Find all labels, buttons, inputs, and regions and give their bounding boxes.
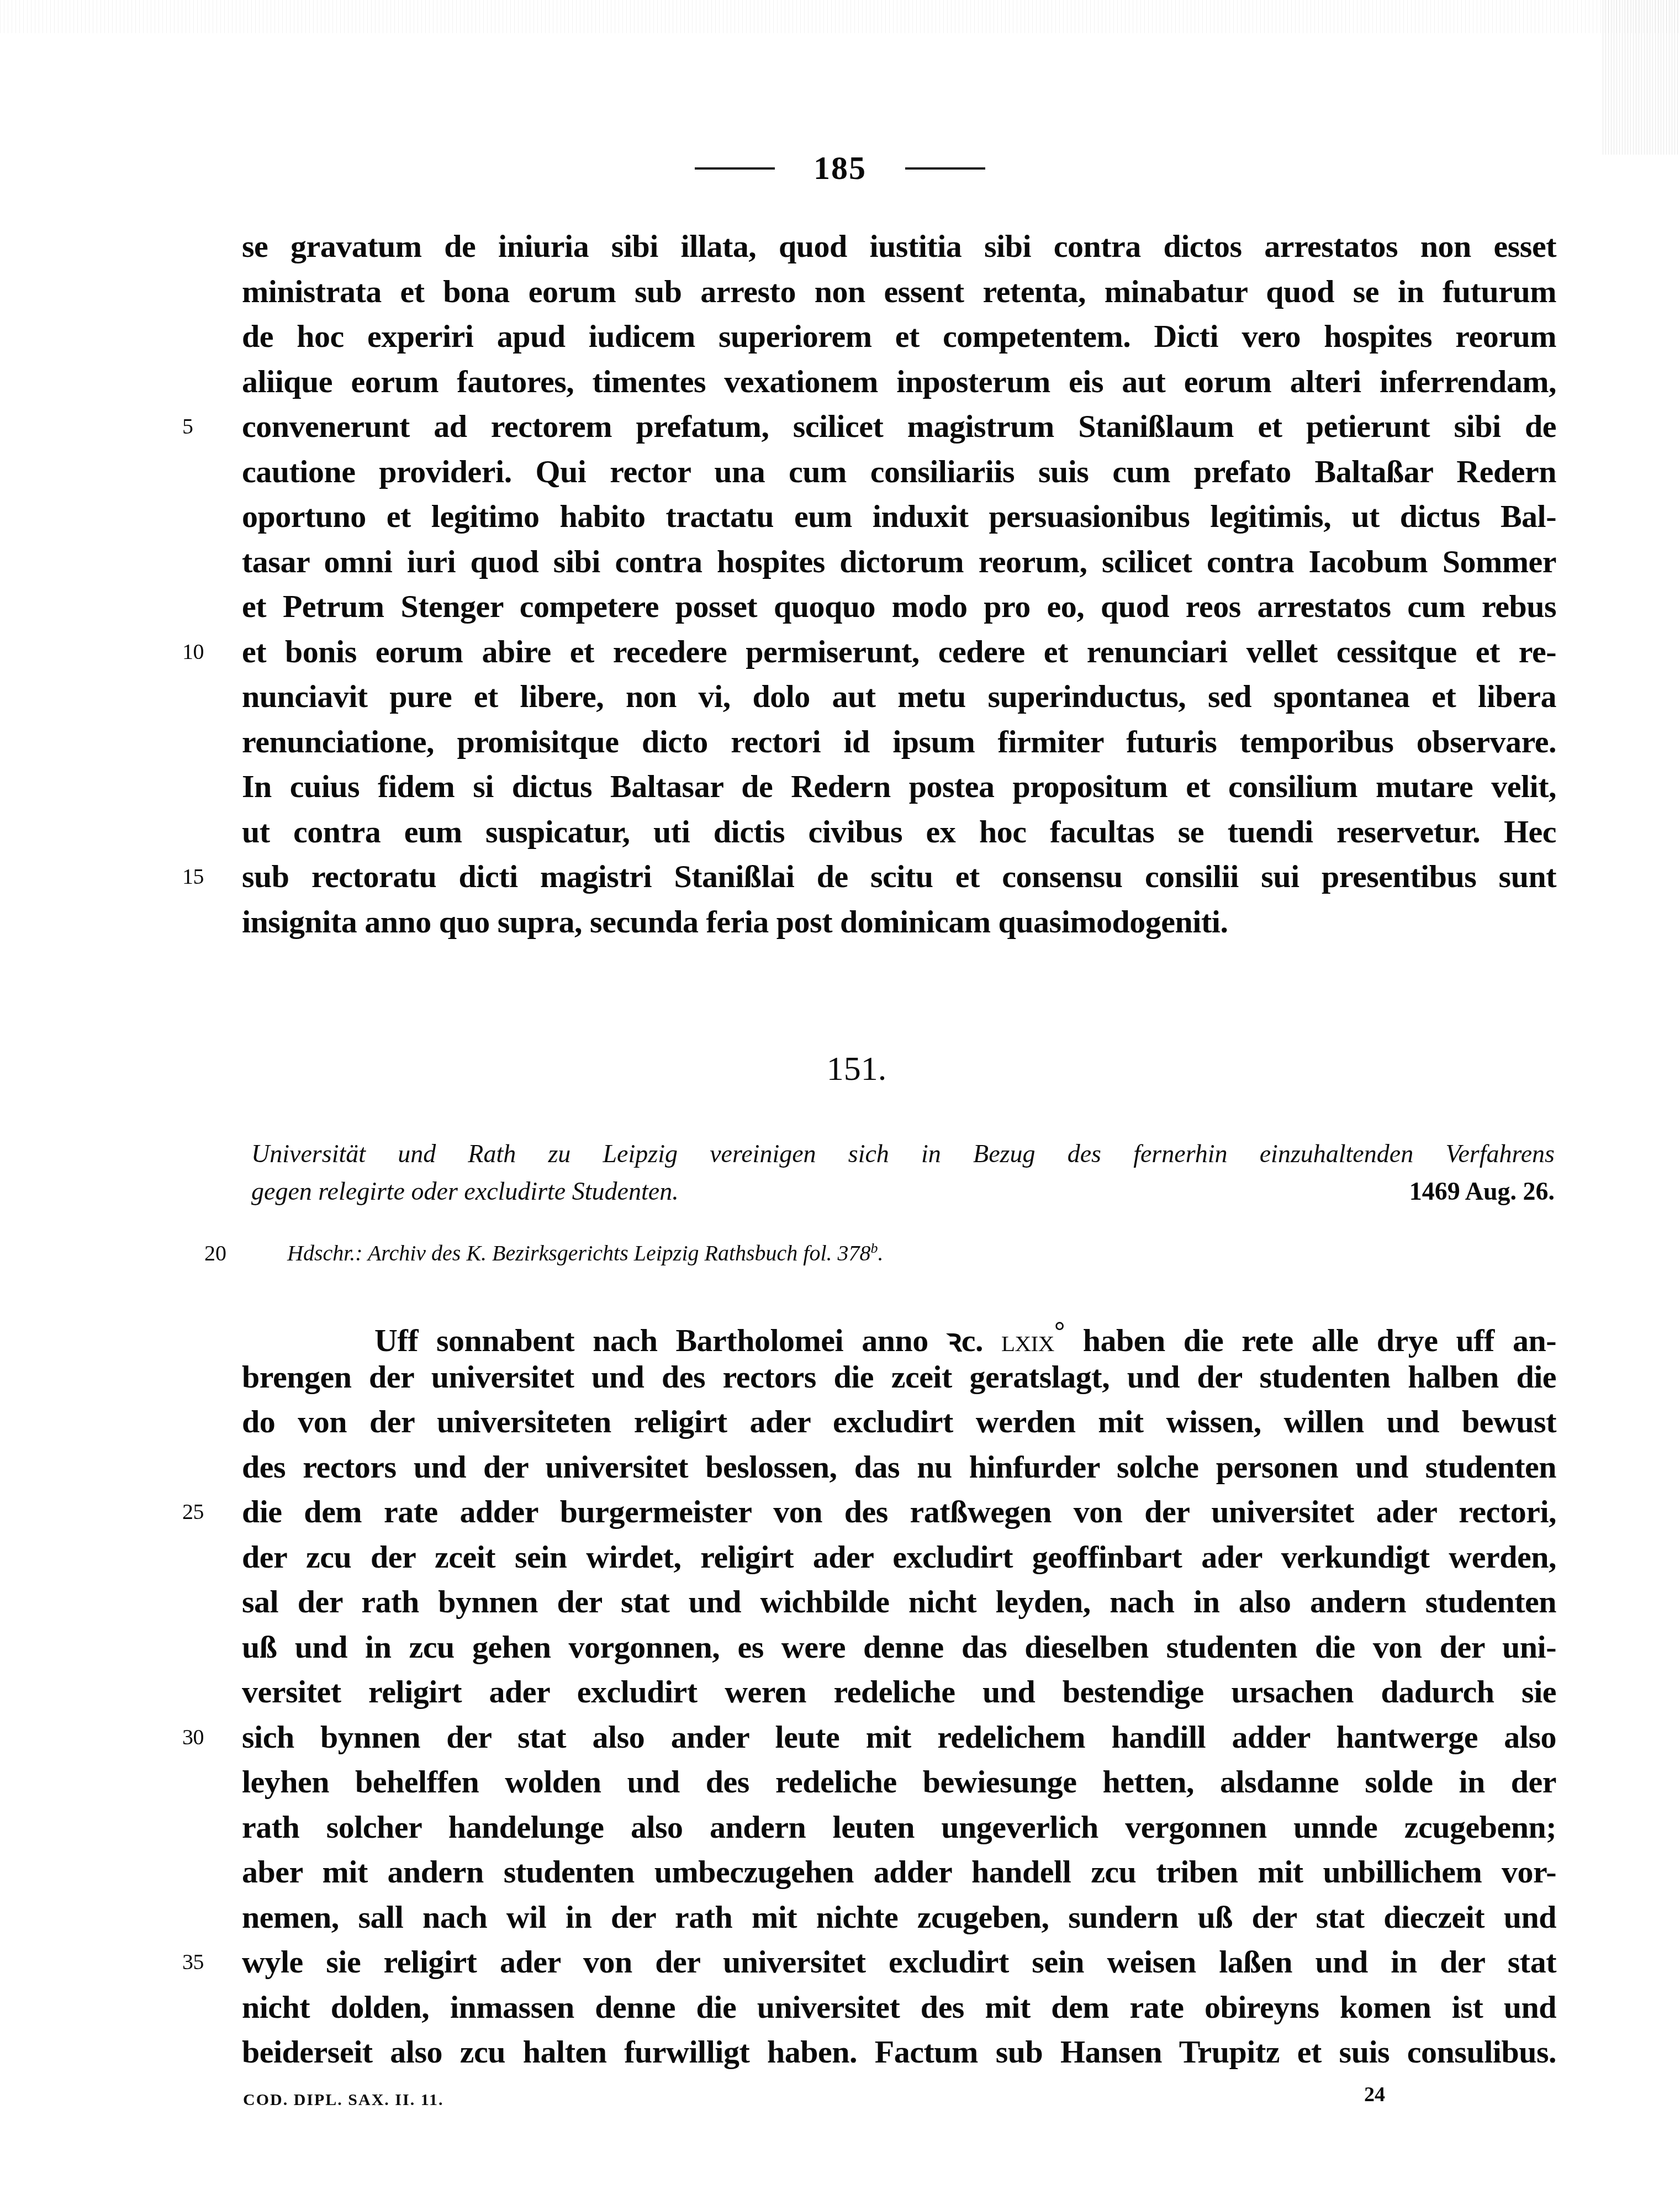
line-number: 20	[204, 1240, 226, 1266]
text-line: versitet religirt ader excludirt weren r…	[242, 1669, 1556, 1715]
folio-superscript: b	[871, 1240, 878, 1256]
text-line: der zcu der zceit sein wirdet, religirt …	[242, 1534, 1556, 1580]
line-text: et Petrum Stenger competere posset quoqu…	[242, 584, 1556, 629]
line-text: se gravatum de iniuria sibi illata, quod…	[242, 224, 1556, 269]
header-rule-left	[695, 167, 775, 170]
text-line: 10et bonis eorum abire et recedere permi…	[242, 629, 1556, 674]
line-text: In cuius fidem si dictus Baltasar de Red…	[242, 764, 1556, 809]
header-rule-right	[905, 167, 985, 170]
line-number: 30	[182, 1715, 221, 1760]
footer-signature: COD. DIPL. SAX. II. 11.	[243, 2091, 444, 2109]
regest-line: gegen relegirte oder excludirte Studente…	[251, 1173, 1555, 1210]
line-text: nunciavit pure et libere, non vi, dolo a…	[242, 674, 1556, 719]
text-line: In cuius fidem si dictus Baltasar de Red…	[242, 764, 1556, 809]
line-text: sal der rath bynnen der stat und wichbil…	[242, 1579, 1556, 1624]
line-text: beiderseit also zcu halten furwilligt ha…	[242, 2029, 1556, 2075]
roman-year: lxix	[1001, 1322, 1054, 1358]
text-line: oportuno et legitimo habito tractatu eum…	[242, 494, 1556, 539]
line-text: leyhen behelffen wolden und des redelich…	[242, 1759, 1556, 1805]
line-text: ut contra eum suspicatur, uti dictis civ…	[242, 809, 1556, 854]
line-text: nicht dolden, inmassen denne die univers…	[242, 1985, 1556, 2030]
regest-text: gegen relegirte oder excludirte Studente…	[251, 1173, 679, 1210]
german-text-block: Uff sonnabent nach Bartholomei anno ꝛc. …	[242, 1309, 1556, 2075]
text-line: 30sich bynnen der stat also ander leute …	[242, 1715, 1556, 1760]
text-line: aliique eorum fautores, timentes vexatio…	[242, 359, 1556, 404]
document-date: 1469 Aug. 26.	[1409, 1173, 1555, 1210]
line-text: sich bynnen der stat also ander leute mi…	[242, 1715, 1556, 1760]
line-text: insignita anno quo supra, secunda feria …	[242, 899, 1556, 945]
text-line: des rectors und der universitet beslosse…	[242, 1444, 1556, 1490]
line-text: versitet religirt ader excludirt weren r…	[242, 1669, 1556, 1715]
scan-noise-right	[1603, 0, 1680, 155]
line-text: do von der universiteten religirt ader e…	[242, 1399, 1556, 1444]
line-text: der zcu der zceit sein wirdet, religirt …	[242, 1534, 1556, 1580]
text-line: nunciavit pure et libere, non vi, dolo a…	[242, 674, 1556, 719]
source-text: Hdschr.: Archiv des K. Bezirksgerichts L…	[287, 1241, 871, 1265]
line-text: des rectors und der universitet beslosse…	[242, 1444, 1556, 1490]
line-number: 5	[182, 404, 221, 449]
text-line: renunciatione, promisitque dicto rectori…	[242, 719, 1556, 764]
line-text: rath solcher handelunge also andern leut…	[242, 1805, 1556, 1850]
source-line: 20 Hdschr.: Archiv des K. Bezirksgericht…	[204, 1240, 884, 1266]
line-text: aber mit andern studenten umbeczugehen a…	[242, 1849, 1556, 1895]
line-number: 25	[182, 1489, 221, 1534]
text-line: uß und in zcu gehen vorgonnen, es were d…	[242, 1624, 1556, 1670]
text-line: et Petrum Stenger competere posset quoqu…	[242, 584, 1556, 629]
text-line: beiderseit also zcu halten furwilligt ha…	[242, 2029, 1556, 2075]
text-line: cautione provideri. Qui rector una cum c…	[242, 449, 1556, 494]
source-citation: Hdschr.: Archiv des K. Bezirksgerichts L…	[287, 1240, 884, 1266]
text-line: ministrata et bona eorum sub arresto non…	[242, 269, 1556, 314]
line-text: brengen der universitet und des rectors …	[242, 1354, 1556, 1400]
text-line: rath solcher handelunge also andern leut…	[242, 1805, 1556, 1850]
line-text: convenerunt ad rectorem prefatum, scilic…	[242, 404, 1556, 449]
line-text: cautione provideri. Qui rector una cum c…	[242, 449, 1556, 494]
text-line: nemen, sall nach wil in der rath mit nic…	[242, 1895, 1556, 1940]
line-text-start: Uff sonnabent nach Bartholomei anno ꝛc.	[374, 1322, 1001, 1358]
line-text: wyle sie religirt ader von der universit…	[242, 1939, 1556, 1985]
text-line: se gravatum de iniuria sibi illata, quod…	[242, 224, 1556, 269]
line-text: de hoc experiri apud iudicem superiorem …	[242, 314, 1556, 359]
line-text: die dem rate adder burgermeister von des…	[242, 1489, 1556, 1534]
line-text: et bonis eorum abire et recedere permise…	[242, 629, 1556, 674]
text-line: 35wyle sie religirt ader von der univers…	[242, 1939, 1556, 1985]
regest-text: Universität und Rath zu Leipzig vereinig…	[251, 1135, 1555, 1173]
line-number: 15	[182, 854, 221, 899]
text-line: leyhen behelffen wolden und des redelich…	[242, 1759, 1556, 1805]
degree-mark: °	[1054, 1317, 1065, 1346]
line-text: nemen, sall nach wil in der rath mit nic…	[242, 1895, 1556, 1940]
line-text: tasar omni iuri quod sibi contra hospite…	[242, 539, 1556, 584]
text-line: 25die dem rate adder burgermeister von d…	[242, 1489, 1556, 1534]
text-line: 5convenerunt ad rectorem prefatum, scili…	[242, 404, 1556, 449]
page-number: 185	[813, 149, 867, 187]
text-line: insignita anno quo supra, secunda feria …	[242, 899, 1556, 945]
text-line: aber mit andern studenten umbeczugehen a…	[242, 1849, 1556, 1895]
text-line: Uff sonnabent nach Bartholomei anno ꝛc. …	[242, 1309, 1556, 1354]
text-line: brengen der universitet und des rectors …	[242, 1354, 1556, 1400]
latin-text-block: se gravatum de iniuria sibi illata, quod…	[242, 224, 1556, 944]
line-text: uß und in zcu gehen vorgonnen, es were d…	[242, 1624, 1556, 1670]
line-text: renunciatione, promisitque dicto rectori…	[242, 719, 1556, 764]
text-line: tasar omni iuri quod sibi contra hospite…	[242, 539, 1556, 584]
footer-sheet-number: 24	[1364, 2082, 1385, 2107]
text-line: nicht dolden, inmassen denne die univers…	[242, 1985, 1556, 2030]
text-line: sal der rath bynnen der stat und wichbil…	[242, 1579, 1556, 1624]
regest-line: Universität und Rath zu Leipzig vereinig…	[251, 1135, 1555, 1173]
line-text: oportuno et legitimo habito tractatu eum…	[242, 494, 1556, 539]
regest: Universität und Rath zu Leipzig vereinig…	[251, 1135, 1555, 1210]
text-line: de hoc experiri apud iudicem superiorem …	[242, 314, 1556, 359]
document-number: 151.	[0, 1049, 1680, 1089]
text-line: ut contra eum suspicatur, uti dictis civ…	[242, 809, 1556, 854]
line-number: 10	[182, 629, 221, 674]
text-line: do von der universiteten religirt ader e…	[242, 1399, 1556, 1444]
running-head: 185	[0, 149, 1680, 187]
line-text-end: haben die rete alle drye uff an-	[1065, 1322, 1556, 1358]
line-number: 35	[182, 1939, 221, 1985]
text-line: 15sub rectoratu dicti magistri Stanißlai…	[242, 854, 1556, 899]
scan-noise-top	[0, 0, 1680, 33]
line-text: aliique eorum fautores, timentes vexatio…	[242, 359, 1556, 404]
line-text: ministrata et bona eorum sub arresto non…	[242, 269, 1556, 314]
line-text: sub rectoratu dicti magistri Stanißlai d…	[242, 854, 1556, 899]
source-end: .	[878, 1241, 884, 1265]
